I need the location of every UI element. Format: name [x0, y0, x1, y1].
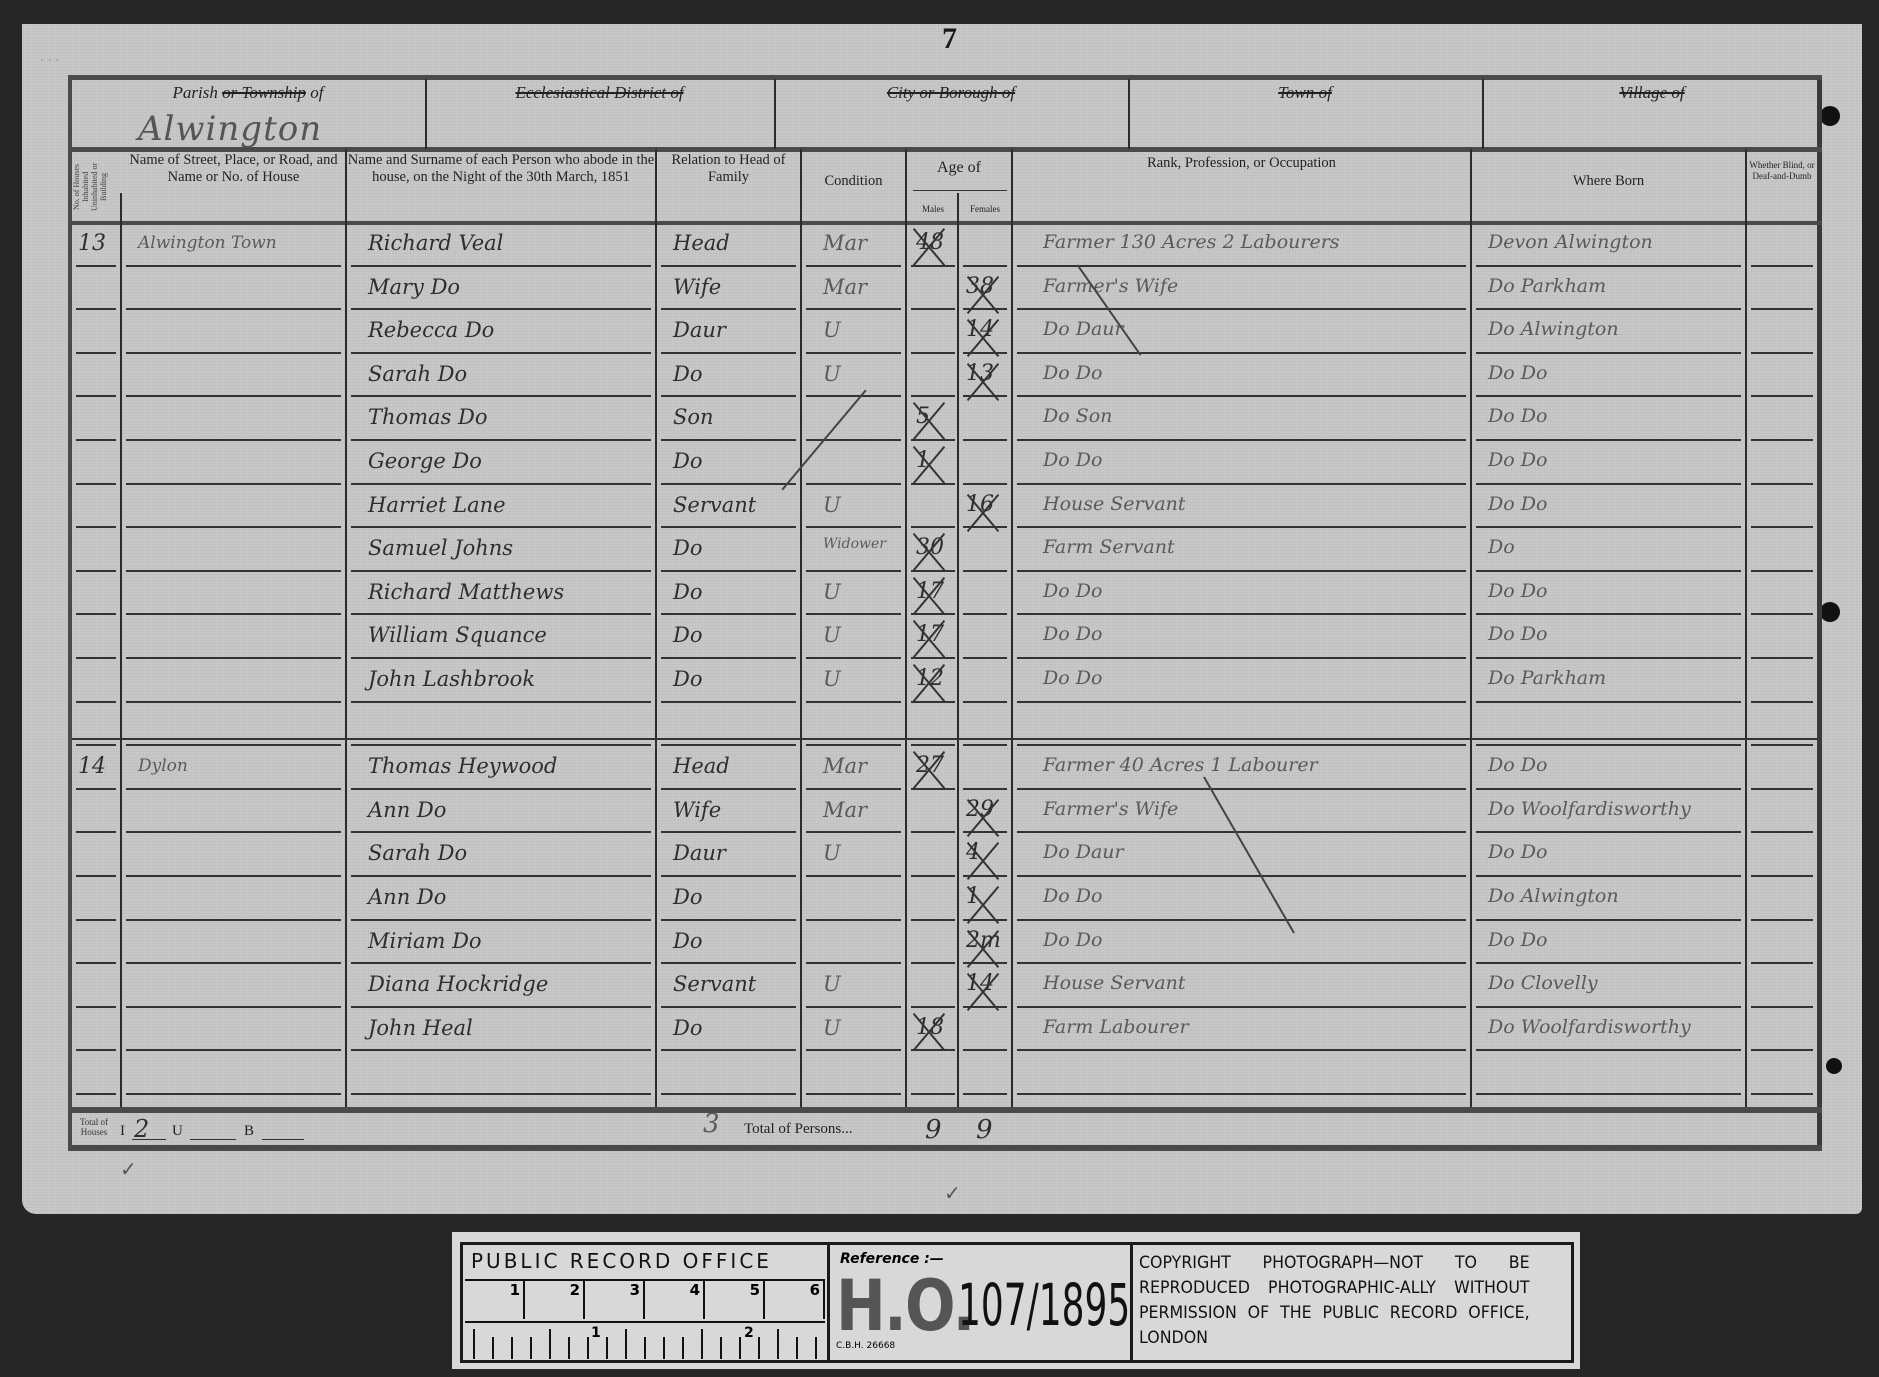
- occupation-value: Farmer's Wife: [1043, 798, 1178, 820]
- row-rule: [963, 395, 1007, 397]
- ruler-tick: [701, 1329, 703, 1359]
- row-rule: [806, 1006, 901, 1008]
- row-rule: [911, 962, 955, 964]
- row-rule: [1476, 788, 1741, 790]
- person-name: John Lashbrook: [368, 667, 535, 691]
- condition-value: U: [823, 362, 841, 386]
- totals-divider: [68, 1107, 1822, 1113]
- row-rule: [1476, 657, 1741, 659]
- ruler-inch-mark: 1: [591, 1325, 601, 1341]
- row-rule: [351, 308, 651, 310]
- place-name: Dylon: [138, 756, 188, 776]
- row-rule: [806, 875, 901, 877]
- row-rule: [963, 526, 1007, 528]
- relation-value: Do: [673, 362, 702, 386]
- row-rule: [76, 483, 116, 485]
- row-rule: [126, 526, 341, 528]
- col-header-where-born: Where Born: [1472, 173, 1745, 190]
- row-rule: [76, 613, 116, 615]
- occupation-value: Do Do: [1043, 449, 1102, 471]
- ruler-inch-mark: 2: [744, 1325, 754, 1341]
- relation-value: Do: [673, 536, 702, 560]
- birthplace-value: Do Clovelly: [1488, 972, 1598, 994]
- reference-piece: 107/1895: [958, 1271, 1130, 1339]
- row-rule: [1017, 744, 1466, 746]
- punch-hole-icon: [1820, 602, 1840, 622]
- row-rule: [1017, 613, 1466, 615]
- row-rule: [76, 526, 116, 528]
- row-rule: [1751, 962, 1813, 964]
- row-rule: [351, 788, 651, 790]
- tally-cross-mark: [910, 445, 950, 485]
- person-name: George Do: [368, 449, 482, 473]
- row-rule: [911, 265, 955, 267]
- row-rule: [661, 265, 796, 267]
- row-rule: [963, 744, 1007, 746]
- uninhabited-prefix: U: [172, 1123, 183, 1140]
- row-rule: [911, 613, 955, 615]
- record-office-title: PUBLIC RECORD OFFICE: [471, 1249, 772, 1273]
- tally-cross-mark: [910, 401, 950, 441]
- row-rule: [1751, 831, 1813, 833]
- row-rule: [76, 962, 116, 964]
- ruler-panel: PUBLIC RECORD OFFICE 123456 12: [463, 1245, 830, 1360]
- col-divider: [120, 193, 122, 1107]
- person-name: Miriam Do: [368, 929, 482, 953]
- col-divider: [1011, 149, 1013, 1107]
- person-name: Rebecca Do: [368, 318, 494, 342]
- person-name: Ann Do: [368, 885, 446, 909]
- building-prefix: B: [244, 1123, 254, 1140]
- ruler-tick: [549, 1329, 551, 1359]
- row-rule: [126, 875, 341, 877]
- row-rule: [661, 788, 796, 790]
- occupation-value: Do Do: [1043, 667, 1102, 689]
- relation-value: Do: [673, 929, 702, 953]
- total-persons-label: Total of Persons...: [744, 1121, 853, 1138]
- row-rule: [1751, 1093, 1813, 1095]
- row-rule: [911, 395, 955, 397]
- tally-cross-mark: [910, 619, 950, 659]
- row-rule: [351, 526, 651, 528]
- row-rule: [126, 919, 341, 921]
- person-name: Thomas Do: [368, 405, 488, 429]
- row-rule: [1751, 1006, 1813, 1008]
- row-rule: [126, 1006, 341, 1008]
- row-rule: [126, 744, 341, 746]
- row-rule: [1751, 265, 1813, 267]
- row-rule: [351, 439, 651, 441]
- row-rule: [351, 570, 651, 572]
- row-rule: [1476, 831, 1741, 833]
- row-rule: [911, 919, 955, 921]
- punch-hole-icon: [1820, 106, 1840, 126]
- person-name: Samuel Johns: [368, 536, 513, 560]
- row-rule: [661, 483, 796, 485]
- row-rule: [806, 483, 901, 485]
- row-rule: [1751, 570, 1813, 572]
- row-rule: [1017, 439, 1466, 441]
- birthplace-value: Do Alwington: [1488, 318, 1619, 340]
- row-rule: [1017, 657, 1466, 659]
- person-name: Richard Veal: [368, 231, 503, 255]
- col-header-houses: No. of Houses Inhabited Uninhabited or B…: [72, 155, 116, 219]
- row-rule: [806, 919, 901, 921]
- col-header-name: Name and Surname of each Person who abod…: [347, 152, 655, 186]
- row-rule: [963, 1049, 1007, 1051]
- col-divider: [655, 149, 657, 1107]
- birthplace-value: Do Do: [1488, 362, 1547, 384]
- row-rule: [963, 875, 1007, 877]
- row-rule: [351, 613, 651, 615]
- occupation-value: Do Do: [1043, 929, 1102, 951]
- row-rule: [126, 265, 341, 267]
- row-rule: [963, 788, 1007, 790]
- relation-value: Wife: [673, 798, 721, 822]
- fill-line: [262, 1139, 304, 1140]
- row-rule: [351, 962, 651, 964]
- row-rule: [806, 1049, 901, 1051]
- row-rule: [911, 526, 955, 528]
- row-rule: [76, 308, 116, 310]
- row-rule: [126, 613, 341, 615]
- relation-value: Wife: [673, 275, 721, 299]
- row-rule: [661, 613, 796, 615]
- person-name: John Heal: [368, 1016, 473, 1040]
- row-rule: [1751, 919, 1813, 921]
- row-rule: [126, 308, 341, 310]
- ruler-tick: [492, 1337, 494, 1359]
- total-females: 9: [976, 1115, 993, 1145]
- row-rule: [1017, 308, 1466, 310]
- row-rule: [1476, 1006, 1741, 1008]
- faint-margin-mark: · · ·: [40, 52, 60, 68]
- row-rule: [806, 788, 901, 790]
- row-rule: [1017, 831, 1466, 833]
- row-rule: [806, 744, 901, 746]
- birthplace-value: Do Do: [1488, 929, 1547, 951]
- relation-value: Do: [673, 1016, 702, 1040]
- row-rule: [351, 875, 651, 877]
- row-rule: [76, 701, 116, 703]
- row-rule: [76, 744, 116, 746]
- occupation-value: House Servant: [1043, 493, 1186, 515]
- row-rule: [76, 657, 116, 659]
- row-rule: [1476, 265, 1741, 267]
- row-rule: [1017, 1006, 1466, 1008]
- ecclesiastical-district-label: Ecclesiastical District of: [425, 83, 774, 103]
- row-rule: [963, 570, 1007, 572]
- ruler-tick: [682, 1337, 684, 1359]
- col-header-relation: Relation to Head of Family: [657, 152, 800, 186]
- ruler-cm-mark: 4: [645, 1281, 705, 1319]
- relation-value: Servant: [673, 972, 756, 996]
- row-rule: [351, 352, 651, 354]
- row-rule: [911, 308, 955, 310]
- row-rule: [1751, 439, 1813, 441]
- col-divider: [345, 149, 347, 1107]
- birthplace-value: Do Do: [1488, 493, 1547, 515]
- col-header-age-of: Age of: [907, 159, 1011, 176]
- condition-value: U: [823, 1016, 841, 1040]
- row-rule: [1751, 613, 1813, 615]
- row-rule: [806, 526, 901, 528]
- row-rule: [1017, 788, 1466, 790]
- row-rule: [661, 657, 796, 659]
- row-rule: [1476, 526, 1741, 528]
- row-rule: [76, 1049, 116, 1051]
- ruler-cm-mark: 1: [465, 1281, 525, 1319]
- census-table: Parish or Township of Alwington Ecclesia…: [68, 75, 1822, 1150]
- ruler-cm: 123456: [465, 1279, 825, 1323]
- person-name: Mary Do: [368, 275, 460, 299]
- occupation-value: Do Do: [1043, 362, 1102, 384]
- relation-value: Do: [673, 580, 702, 604]
- row-rule: [963, 483, 1007, 485]
- birthplace-value: Do: [1488, 536, 1515, 558]
- row-rule: [911, 1093, 955, 1095]
- row-rule: [126, 352, 341, 354]
- occupation-value: Farm Servant: [1043, 536, 1175, 558]
- row-rule: [911, 831, 955, 833]
- ruler-tick: [777, 1329, 779, 1359]
- row-rule: [661, 308, 796, 310]
- col-header-occupation: Rank, Profession, or Occupation: [1013, 155, 1470, 172]
- row-rule: [963, 701, 1007, 703]
- birthplace-value: Do Parkham: [1488, 667, 1606, 689]
- person-name: Harriet Lane: [368, 493, 506, 517]
- birthplace-value: Do Alwington: [1488, 885, 1619, 907]
- tally-cross-mark: [910, 1012, 950, 1052]
- condition-value: U: [823, 493, 841, 517]
- col-header-street: Name of Street, Place, or Road, and Name…: [122, 152, 345, 186]
- ruler-tick: [568, 1337, 570, 1359]
- row-rule: [1751, 352, 1813, 354]
- row-rule: [126, 439, 341, 441]
- occupation-value: Do Daur: [1043, 841, 1124, 863]
- row-rule: [351, 744, 651, 746]
- copyright-notice: COPYRIGHT PHOTOGRAPH—NOT TO BE REPRODUCE…: [1139, 1251, 1530, 1351]
- row-rule: [1017, 395, 1466, 397]
- fill-line: [190, 1139, 236, 1140]
- relation-value: Do: [673, 667, 702, 691]
- ruler-tick: [587, 1337, 589, 1359]
- row-rule: [1017, 352, 1466, 354]
- condition-value: U: [823, 667, 841, 691]
- village-label: Village of: [1482, 83, 1822, 103]
- relation-value: Do: [673, 449, 702, 473]
- row-rule: [76, 1006, 116, 1008]
- header-divider-bottom: [68, 221, 1822, 225]
- col-divider: [905, 149, 907, 1107]
- ruler-tick: [511, 1337, 513, 1359]
- relation-value: Do: [673, 885, 702, 909]
- row-rule: [1751, 526, 1813, 528]
- row-rule: [1476, 308, 1741, 310]
- row-rule: [1751, 701, 1813, 703]
- row-rule: [1476, 1049, 1741, 1051]
- row-rule: [1017, 570, 1466, 572]
- row-rule: [963, 613, 1007, 615]
- row-rule: [351, 831, 651, 833]
- row-rule: [76, 875, 116, 877]
- row-rule: [1017, 1093, 1466, 1095]
- total-houses-label: Total of Houses: [74, 1117, 114, 1137]
- occupation-value: Do Do: [1043, 623, 1102, 645]
- birthplace-value: Do Woolfardisworthy: [1488, 1016, 1691, 1038]
- col-divider: [800, 149, 802, 1107]
- row-rule: [351, 657, 651, 659]
- row-rule: [661, 352, 796, 354]
- town-label: Town of: [1128, 83, 1482, 103]
- col-header-females: Females: [959, 201, 1011, 218]
- birthplace-value: Do Do: [1488, 754, 1547, 776]
- row-rule: [1751, 744, 1813, 746]
- row-rule: [76, 788, 116, 790]
- row-rule: [1017, 701, 1466, 703]
- row-rule: [963, 657, 1007, 659]
- schedule-number: 13: [78, 231, 106, 256]
- row-rule: [806, 265, 901, 267]
- relation-value: Daur: [673, 841, 726, 865]
- row-rule: [806, 613, 901, 615]
- row-rule: [963, 352, 1007, 354]
- parish-label: Parish or Township of: [128, 83, 368, 103]
- row-rule: [1476, 875, 1741, 877]
- row-rule: [351, 1093, 651, 1095]
- row-rule: [963, 831, 1007, 833]
- check-mark-icon: ✓: [120, 1157, 137, 1182]
- birthplace-value: Do Do: [1488, 841, 1547, 863]
- ruler-cm-mark: 3: [585, 1281, 645, 1319]
- row-rule: [1476, 744, 1741, 746]
- tally-cross-mark: [910, 663, 950, 703]
- row-rule: [126, 788, 341, 790]
- total-males: 9: [925, 1115, 942, 1145]
- row-rule: [963, 265, 1007, 267]
- tally-mark: 3: [703, 1109, 720, 1139]
- row-rule: [1476, 919, 1741, 921]
- row-rule: [806, 308, 901, 310]
- row-rule: [1751, 875, 1813, 877]
- row-rule: [1751, 657, 1813, 659]
- row-rule: [1751, 1049, 1813, 1051]
- row-rule: [76, 265, 116, 267]
- row-rule: [963, 1006, 1007, 1008]
- row-rule: [351, 395, 651, 397]
- occupation-value: Farmer's Wife: [1043, 275, 1178, 297]
- row-rule: [1751, 395, 1813, 397]
- row-rule: [126, 962, 341, 964]
- person-name: Sarah Do: [368, 841, 467, 865]
- row-rule: [351, 1049, 651, 1051]
- ruler-tick: [644, 1337, 646, 1359]
- condition-value: Widower: [823, 536, 886, 552]
- row-rule: [661, 395, 796, 397]
- row-rule: [126, 483, 341, 485]
- page-number: 7: [942, 22, 957, 56]
- condition-value: Mar: [823, 798, 867, 822]
- row-rule: [661, 962, 796, 964]
- birthplace-value: Do Do: [1488, 449, 1547, 471]
- schedule-number: 14: [78, 754, 106, 779]
- person-name: Sarah Do: [368, 362, 467, 386]
- row-rule: [1476, 352, 1741, 354]
- col-divider: [1745, 149, 1747, 1107]
- row-rule: [661, 570, 796, 572]
- row-rule: [661, 875, 796, 877]
- ruler-tick: [473, 1329, 475, 1359]
- occupation-value: Do Do: [1043, 885, 1102, 907]
- row-rule: [661, 526, 796, 528]
- row-rule: [911, 439, 955, 441]
- person-name: Diana Hockridge: [368, 972, 548, 996]
- row-rule: [911, 875, 955, 877]
- pencil-stroke: [1203, 777, 1295, 934]
- row-rule: [76, 352, 116, 354]
- row-rule: [661, 701, 796, 703]
- row-rule: [806, 657, 901, 659]
- row-rule: [806, 439, 901, 441]
- tally-cross-mark: [910, 532, 950, 572]
- row-rule: [911, 1049, 955, 1051]
- row-rule: [351, 265, 651, 267]
- ruler-cm-mark: 5: [705, 1281, 765, 1319]
- ruler-tick: [815, 1337, 817, 1359]
- row-rule: [76, 439, 116, 441]
- household-separator: [72, 738, 1817, 740]
- row-rule: [911, 788, 955, 790]
- ruler-tick: [720, 1337, 722, 1359]
- row-rule: [911, 352, 955, 354]
- row-rule: [806, 570, 901, 572]
- row-rule: [1751, 788, 1813, 790]
- tally-cross-mark: [910, 576, 950, 616]
- relation-value: Servant: [673, 493, 756, 517]
- row-rule: [1476, 613, 1741, 615]
- city-borough-label: City or Borough of: [774, 83, 1128, 103]
- row-rule: [911, 657, 955, 659]
- occupation-value: Farmer 130 Acres 2 Labourers: [1043, 231, 1340, 253]
- table-border-top: [68, 75, 1822, 80]
- condition-value: Mar: [823, 231, 867, 255]
- age-divider: [913, 190, 1007, 191]
- row-rule: [661, 1093, 796, 1095]
- row-rule: [806, 701, 901, 703]
- ruler-tick: [606, 1337, 608, 1359]
- row-rule: [1476, 701, 1741, 703]
- ruler-tick: [663, 1337, 665, 1359]
- row-rule: [351, 701, 651, 703]
- occupation-value: Farm Labourer: [1043, 1016, 1189, 1038]
- row-rule: [911, 744, 955, 746]
- row-rule: [126, 570, 341, 572]
- relation-value: Daur: [673, 318, 726, 342]
- punch-hole-icon: [1826, 1058, 1842, 1074]
- col-header-blind-deaf: Whether Blind, or Deaf-and-Dumb: [1747, 160, 1817, 182]
- birthplace-value: Devon Alwington: [1488, 231, 1653, 253]
- occupation-value: House Servant: [1043, 972, 1186, 994]
- row-rule: [126, 1049, 341, 1051]
- relation-value: Head: [673, 231, 730, 255]
- row-rule: [911, 1006, 955, 1008]
- condition-value: Mar: [823, 754, 867, 778]
- row-rule: [76, 1093, 116, 1095]
- relation-value: Son: [673, 405, 714, 429]
- row-rule: [911, 701, 955, 703]
- row-rule: [963, 962, 1007, 964]
- ruler-tick: [739, 1337, 741, 1359]
